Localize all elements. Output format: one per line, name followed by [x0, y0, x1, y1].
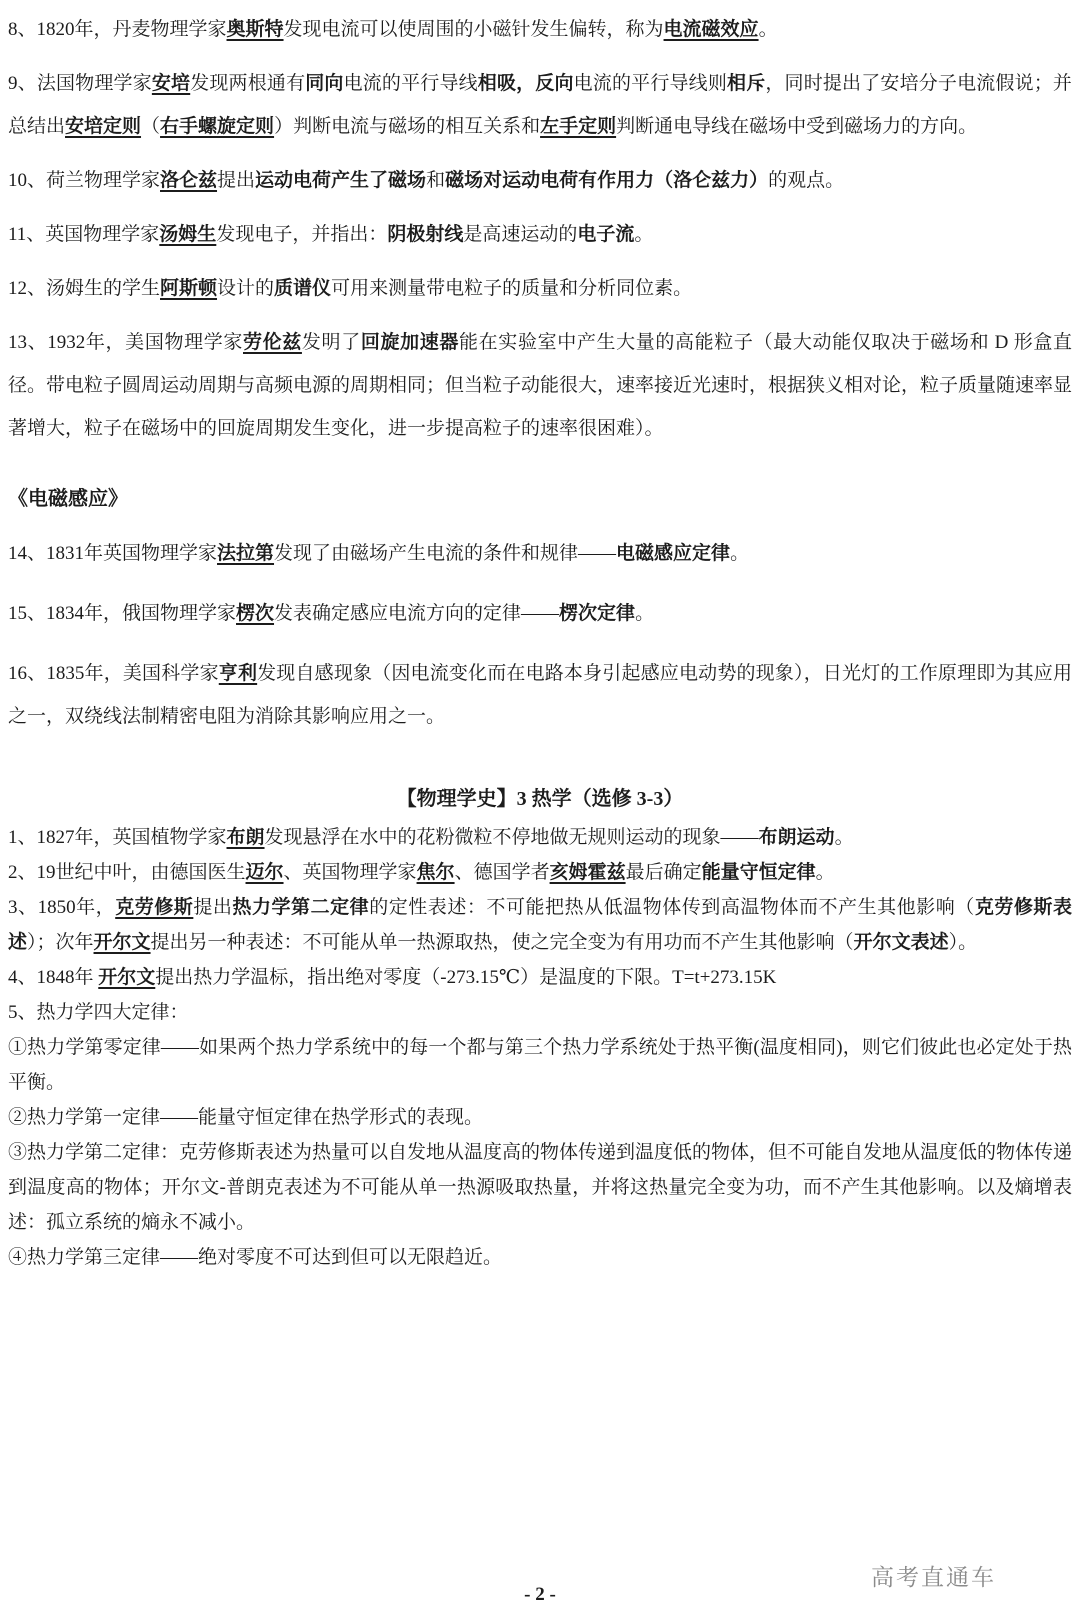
text-segment: 11、英国物理学家 — [8, 224, 159, 245]
section-heading-thermodynamics: 【物理学史】3 热学（选修 3-3） — [8, 782, 1072, 816]
text-segment: 电流磁效应 — [664, 19, 759, 40]
text-segment: 设计的 — [217, 278, 274, 299]
text-segment: 左手定则 — [540, 116, 616, 137]
text-segment: 。 — [816, 862, 835, 883]
text-segment: 安培 — [152, 73, 190, 94]
text-segment: 9、法国物理学家 — [8, 73, 152, 94]
text-segment: 回旋加速器 — [361, 332, 459, 353]
text-segment: 的观点。 — [768, 170, 844, 191]
item-14: 14、1831年英国物理学家法拉第发现了由磁场产生电流的条件和规律——电磁感应定… — [8, 532, 1072, 575]
text-segment: 开尔文表述 — [854, 932, 949, 953]
text-segment: 【物理学史】3 热学（选修 3-3） — [397, 788, 684, 810]
text-segment: 洛仑兹 — [160, 170, 217, 191]
text-segment: 《电磁感应》 — [8, 488, 128, 510]
text-segment: 5、热力学四大定律： — [8, 1002, 189, 1023]
text-segment: 发现了由磁场产生电流的条件和规律—— — [274, 543, 616, 564]
text-segment: 发明了 — [302, 332, 361, 353]
text-segment: ）。 — [949, 932, 978, 953]
text-segment: 最后确定 — [626, 862, 702, 883]
document-content: 8、1820年，丹麦物理学家奥斯特发现电流可以使周围的小磁针发生偏转，称为电流磁… — [0, 0, 1080, 1275]
text-segment: 楞次 — [236, 603, 274, 624]
thermo-law-third: ④热力学第三定律——绝对零度不可达到但可以无限趋近。 — [8, 1240, 1072, 1275]
text-segment: 热力学第二定律 — [232, 897, 369, 918]
text-segment: 、德国学者 — [455, 862, 550, 883]
text-segment: 发现电子，并指出： — [216, 224, 387, 245]
text-segment: 4、1848年 — [8, 967, 98, 988]
text-segment: 电磁感应定律 — [616, 543, 730, 564]
text-segment: 。 — [759, 19, 778, 40]
text-segment: 阴极射线 — [387, 224, 463, 245]
text-segment: ③热力学第二定律：克劳修斯表述为热量可以自发地从温度高的物体传递到温度低的物体，… — [8, 1142, 1072, 1233]
item-11: 11、英国物理学家汤姆生发现电子，并指出：阴极射线是高速运动的电子流。 — [8, 213, 1072, 256]
text-segment: ）；次年 — [27, 932, 94, 953]
text-segment: 磁场对运动电荷有作用力（洛仑兹力） — [445, 170, 768, 191]
text-segment: 运动电荷产生了磁场 — [255, 170, 426, 191]
text-segment: 亨利 — [219, 663, 257, 684]
thermo-item-5: 5、热力学四大定律： — [8, 995, 1072, 1030]
text-segment: 楞次定律 — [559, 603, 635, 624]
text-segment: 阿斯顿 — [160, 278, 217, 299]
text-segment: 8、1820年，丹麦物理学家 — [8, 19, 227, 40]
text-segment: （ — [141, 116, 160, 137]
item-15: 15、1834年，俄国物理学家楞次发表确定感应电流方向的定律——楞次定律。 — [8, 592, 1072, 635]
text-segment: 相斥 — [727, 73, 765, 94]
text-segment: 提出 — [217, 170, 255, 191]
text-segment: 提出另一种表述：不可能从单一热源取热，使之完全变为有用功而不产生其他影响（ — [151, 932, 854, 953]
text-segment: 汤姆生 — [159, 224, 216, 245]
text-segment: 。 — [634, 224, 653, 245]
text-segment: 同向 — [305, 73, 343, 94]
text-segment: 提出 — [193, 897, 232, 918]
text-segment: 能量守恒定律 — [702, 862, 816, 883]
text-segment: 。 — [835, 827, 854, 848]
text-segment: 发现电流可以使周围的小磁针发生偏转，称为 — [284, 19, 664, 40]
page-number: - 2 - — [0, 1584, 1080, 1606]
thermo-item-3: 3、1850年，克劳修斯提出热力学第二定律的定性表述：不可能把热从低温物体传到高… — [8, 890, 1072, 960]
thermo-law-second: ③热力学第二定律：克劳修斯表述为热量可以自发地从温度高的物体传递到温度低的物体，… — [8, 1135, 1072, 1240]
text-segment: ①热力学第零定律——如果两个热力学系统中的每一个都与第三个热力学系统处于热平衡(… — [8, 1037, 1072, 1093]
text-segment: 和 — [426, 170, 445, 191]
text-segment: 14、1831年英国物理学家 — [8, 543, 217, 564]
text-segment: 安培定则 — [65, 116, 141, 137]
text-segment: 克劳修斯 — [115, 897, 193, 918]
text-segment: 右手螺旋定则 — [160, 116, 274, 137]
text-segment: 布朗运动 — [759, 827, 835, 848]
item-16: 16、1835年，美国科学家亨利发现自感现象（因电流变化而在电路本身引起感应电动… — [8, 652, 1072, 738]
text-segment: 提出热力学温标，指出绝对零度（-273.15℃）是温度的下限。T=t+273.1… — [155, 967, 776, 988]
text-segment: 开尔文 — [94, 932, 151, 953]
text-segment: 开尔文 — [98, 967, 155, 988]
thermo-item-2: 2、19世纪中叶，由德国医生迈尔、英国物理学家焦尔、德国学者亥姆霍兹最后确定能量… — [8, 855, 1072, 890]
text-segment: 1、1827年，英国植物学家 — [8, 827, 227, 848]
text-segment: ②热力学第一定律——能量守恒定律在热学形式的表现。 — [8, 1107, 483, 1128]
document-page: 8、1820年，丹麦物理学家奥斯特发现电流可以使周围的小磁针发生偏转，称为电流磁… — [0, 0, 1080, 1616]
text-segment: 。 — [635, 603, 654, 624]
thermo-law-first: ②热力学第一定律——能量守恒定律在热学形式的表现。 — [8, 1100, 1072, 1135]
text-segment: 2、19世纪中叶，由德国医生 — [8, 862, 246, 883]
text-segment: 发现两根通有 — [190, 73, 305, 94]
thermo-item-1: 1、1827年，英国植物学家布朗发现悬浮在水中的花粉微粒不停地做无规则运动的现象… — [8, 820, 1072, 855]
text-segment: 10、荷兰物理学家 — [8, 170, 160, 191]
text-segment: 发表确定感应电流方向的定律—— — [274, 603, 559, 624]
text-segment: 16、1835年，美国科学家 — [8, 663, 219, 684]
text-segment: 的定性表述：不可能把热从低温物体传到高温物体而不产生其他影响（ — [369, 897, 975, 918]
item-13: 13、1932年，美国物理学家劳伦兹发明了回旋加速器能在实验室中产生大量的高能粒… — [8, 321, 1072, 450]
item-10: 10、荷兰物理学家洛仑兹提出运动电荷产生了磁场和磁场对运动电荷有作用力（洛仑兹力… — [8, 159, 1072, 202]
text-segment: 3、1850年， — [8, 897, 115, 918]
section-heading-electromagnetic-induction: 《电磁感应》 — [8, 484, 1072, 514]
text-segment: 迈尔 — [246, 862, 284, 883]
text-segment: 质谱仪 — [274, 278, 331, 299]
text-segment: 电流的平行导线 — [344, 73, 478, 94]
text-segment: ）判断电流与磁场的相互关系和 — [274, 116, 540, 137]
text-segment: 焦尔 — [417, 862, 455, 883]
text-segment: 。 — [730, 543, 749, 564]
text-segment: 劳伦兹 — [243, 332, 302, 353]
text-segment: ④热力学第三定律——绝对零度不可达到但可以无限趋近。 — [8, 1247, 502, 1268]
text-segment: 13、1932年，美国物理学家 — [8, 332, 243, 353]
text-segment: 亥姆霍兹 — [550, 862, 626, 883]
text-segment: 布朗 — [227, 827, 265, 848]
thermo-item-4: 4、1848年 开尔文提出热力学温标，指出绝对零度（-273.15℃）是温度的下… — [8, 960, 1072, 995]
text-segment: 法拉第 — [217, 543, 274, 564]
item-8: 8、1820年，丹麦物理学家奥斯特发现电流可以使周围的小磁针发生偏转，称为电流磁… — [8, 8, 1072, 51]
text-segment: 相吸，反向 — [478, 73, 574, 94]
text-segment: 、英国物理学家 — [284, 862, 417, 883]
item-12: 12、汤姆生的学生阿斯顿设计的质谱仪可用来测量带电粒子的质量和分析同位素。 — [8, 267, 1072, 310]
text-segment: 12、汤姆生的学生 — [8, 278, 160, 299]
thermo-law-zeroth: ①热力学第零定律——如果两个热力学系统中的每一个都与第三个热力学系统处于热平衡(… — [8, 1030, 1072, 1100]
text-segment: 电子流 — [577, 224, 634, 245]
text-segment: 电流的平行导线则 — [574, 73, 727, 94]
text-segment: 判断通电导线在磁场中受到磁场力的方向。 — [616, 116, 977, 137]
text-segment: 可用来测量带电粒子的质量和分析同位素。 — [331, 278, 692, 299]
text-segment: 奥斯特 — [227, 19, 284, 40]
text-segment: 是高速运动的 — [463, 224, 577, 245]
text-segment: 15、1834年，俄国物理学家 — [8, 603, 236, 624]
text-segment: 发现悬浮在水中的花粉微粒不停地做无规则运动的现象—— — [265, 827, 759, 848]
item-9: 9、法国物理学家安培发现两根通有同向电流的平行导线相吸，反向电流的平行导线则相斥… — [8, 62, 1072, 148]
